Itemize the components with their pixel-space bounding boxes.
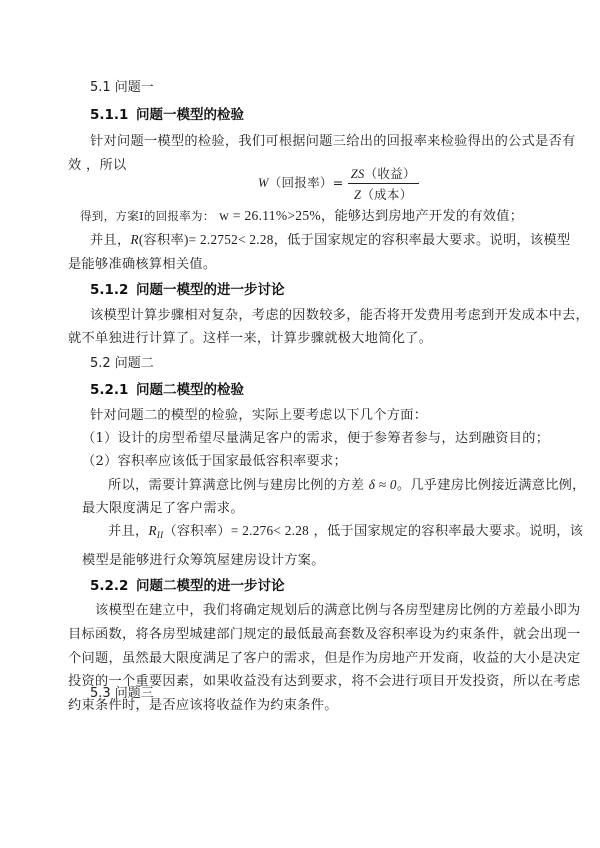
numerator-label: （收益） [365,166,416,181]
paragraph-line: 针对问题一模型的检验，我们可根据问题三给出的回报率来检验得出的公式是否有 [90,130,576,149]
math-var: R [130,232,138,247]
math-expr: (容积率)= 2.2752< 2.28 [139,232,274,247]
text: 并且， [108,524,148,539]
text: 并且， [90,233,130,248]
section-heading-5-3: 5.3 问题三 [90,682,154,701]
paragraph-line: 针对问题二的模型的检验，实际上要考虑以下几个方面： [90,404,427,423]
denominator: Z（成本） [351,184,415,203]
numerator: ZS（收益） [348,164,419,184]
text: ，低于国家规定的容积率最大要求。说明，该 [314,524,584,539]
subsection-title: 问题一模型的检验 [136,107,244,123]
subsection-number: 5.1.1 [90,107,136,123]
document-page: 5.1 问题一 5.1.1问题一模型的检验 针对问题一模型的检验，我们可根据问题… [0,0,600,848]
text: 所以，需要计算满意比例与建房比例的方差 [108,478,364,493]
math-expr: δ ≈ 0 [369,477,397,492]
subsection-heading-5-2-1: 5.2.1问题二模型的检验 [90,378,244,398]
subsection-heading-5-1-1: 5.1.1问题一模型的检验 [90,103,244,123]
section-heading-5-1: 5.1 问题一 [90,76,154,95]
formula-label: （回报率）= [269,175,344,190]
math-var: R [148,523,156,538]
result-prefix: 得到，方案Ⅰ的回报率为： [80,209,215,223]
paragraph-line: 是能够准确核算相关值。 [68,253,216,272]
math-expr: （容积率）= 2.276< 2.28 [163,523,309,538]
paragraph-line: 效 ，所以 [68,154,126,173]
subsection-number: 5.1.2 [90,282,136,298]
text: 。几乎建房比例接近满意比例， [397,478,586,493]
formula-var: W [258,176,269,190]
formula-fraction: ZS（收益） Z（成本） [348,164,419,203]
result-math: w = 26.11%>25% [219,208,321,223]
subsection-heading-5-1-2: 5.1.2问题一模型的进一步讨论 [90,278,285,298]
result-line: 得到，方案Ⅰ的回报率为： w = 26.11%>25%，能够达到房地产开发的有效… [80,205,523,224]
paragraph-line: 并且，RII（容积率）= 2.276< 2.28 ，低于国家规定的容积率最大要求… [108,520,583,540]
paragraph-line: 目标函数，将各房型城建部门规定的最低最高套数及容积率设为约束条件，就会出现一 [68,623,581,642]
section-heading-5-2: 5.2 问题二 [90,352,154,371]
paragraph-line: 最大限度满足了客户需求。 [82,497,244,516]
paragraph-line: 个问题，虽然最大限度满足了客户的需求，但是作为房地产开发商，收益的大小是决定 [68,647,581,666]
paragraph-line: 该模型在建立中，我们将确定规划后的满意比例与各房型建房比例的方差最小即为 [95,599,581,618]
numerator-var: ZS [351,167,365,181]
paragraph-line: 该模型计算步骤相对复杂，考虑的因数较多，能否将开发费用考虑到开发成本中去， [90,304,589,323]
subsection-title: 问题一模型的进一步讨论 [136,282,285,298]
denominator-label: （成本） [361,187,412,202]
paragraph-line: 就不单独进行计算了。这样一来，计算步骤就极大地简化了。 [68,327,432,346]
subsection-number: 5.2.1 [90,382,136,398]
paragraph-line: 模型是能够进行众筹筑屋建房设计方案。 [82,549,325,568]
paragraph-line: 所以，需要计算满意比例与建房比例的方差 δ ≈ 0。几乎建房比例接近满意比例， [108,474,586,493]
formula-return-rate: W（回报率）= ZS（收益） Z（成本） [258,164,419,203]
list-item: （1）设计的房型希望尽量满足客户的需求，便于参筹者参与，达到融资目的； [82,427,549,446]
subsection-title: 问题二模型的检验 [136,382,244,398]
subsection-heading-5-2-2: 5.2.2问题二模型的进一步讨论 [90,574,285,594]
result-suffix: ，能够达到房地产开发的有效值； [321,209,523,224]
paragraph-line: 并且，R(容积率)= 2.2752< 2.28，低于国家规定的容积率最大要求。说… [90,229,570,248]
list-item: （2）容积率应该低于国家最低容积率要求； [82,450,347,469]
subsection-title: 问题二模型的进一步讨论 [136,578,285,594]
subsection-number: 5.2.2 [90,578,136,594]
text: ，低于国家规定的容积率最大要求。说明，该模型 [274,233,571,248]
